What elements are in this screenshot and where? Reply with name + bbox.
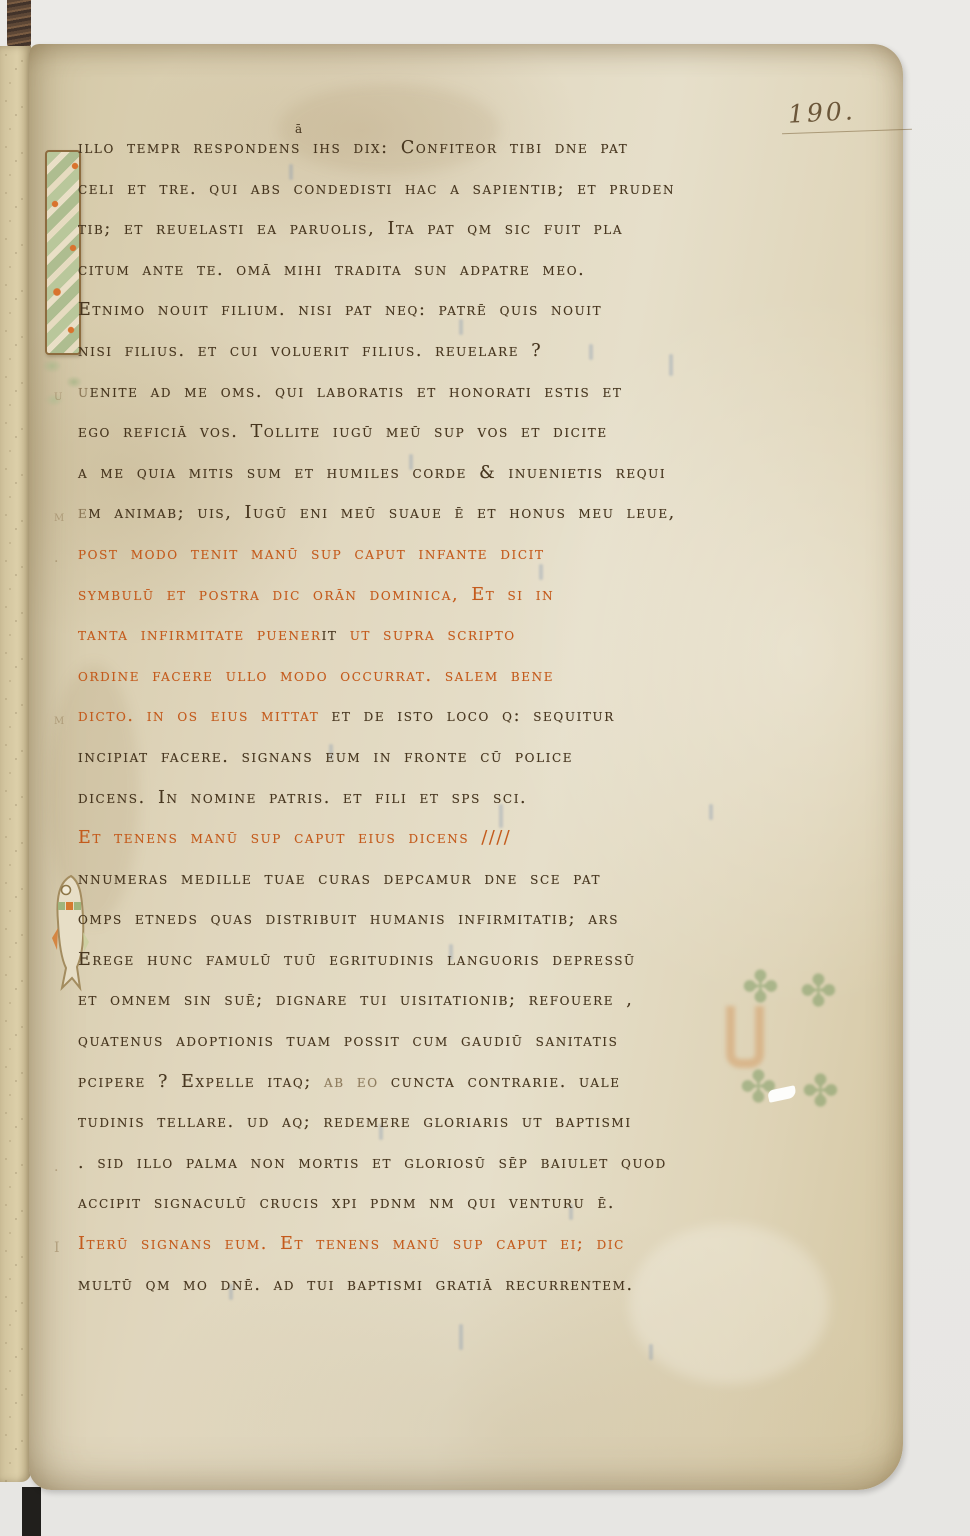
manuscript-line: a me quia mitis sum et humiles corde & i… <box>78 463 758 504</box>
text-segment: et de isto loco q: sequitur <box>332 706 615 726</box>
manuscript-line: accipit signaculū crucis xpi pdnm nm qui… <box>78 1193 758 1234</box>
show-through-mark <box>459 1324 463 1350</box>
manuscript-line: uenite ad me oms. qui laboratis et honor… <box>78 382 758 423</box>
text-segment: illo tempr respondens ihs dix: Confiteor… <box>78 138 628 158</box>
text-segment: cuncta contrarie. uale <box>379 1072 621 1092</box>
manuscript-line: em animab; uis, Iugū eni meū suaue ē et … <box>78 503 758 544</box>
manuscript-line: Erege hunc famulū tuū egritudinis languo… <box>78 950 758 991</box>
text-segment: Etnimo nouit filium. nisi pat neq: patrē… <box>78 300 602 320</box>
text-segment: multū qm mo dnē. ad tui baptismi gratiā … <box>78 1275 634 1295</box>
text-segment: . sid illo palma non mortis et gloriosū … <box>78 1153 667 1173</box>
text-segment: ordine facere ullo modo occurrat. salem … <box>78 666 554 686</box>
text-segment: m animab; uis, Iugū eni meū suaue ē et h… <box>88 503 675 523</box>
text-segment: tib; et reuelasti ea paruolis, Ita pat q… <box>78 219 623 239</box>
manuscript-line: post modo tenit manū sup caput infante d… <box>78 544 758 585</box>
text-segment: Erege hunc famulū tuū egritudinis languo… <box>78 950 636 970</box>
manuscript-line: . sid illo palma non mortis et gloriosū … <box>78 1153 758 1194</box>
text-segment: Iterū signans eum. Et tenens manū sup ca… <box>78 1234 625 1254</box>
manuscript-line: Etnimo nouit filium. nisi pat neq: patrē… <box>78 300 758 341</box>
manuscript-line: symbulū et postra dic orān dominica, Et … <box>78 585 758 626</box>
text-segment: a me quia mitis sum et humiles corde & i… <box>78 463 666 483</box>
margin-mark: . <box>54 550 58 566</box>
manuscript-line: tudinis tellare. ud aq; redemere gloriar… <box>78 1112 758 1153</box>
text-segment: u <box>78 382 90 402</box>
book-clasp <box>22 1487 41 1536</box>
text-segment: dicens. In nomine patris. et fili et sps… <box>78 788 527 808</box>
text-segment: dicto. in os eius mittat <box>78 706 332 726</box>
folio-number: 190. <box>787 96 856 129</box>
text-segment: nnumeras medille tuae curas depcamur dne… <box>78 869 601 889</box>
text-segment: tudinis tellare. ud aq; redemere gloriar… <box>78 1112 632 1132</box>
manuscript-line: tanta infirmitate puenerit ut supra scri… <box>78 625 758 666</box>
text-segment: post modo tenit manū sup caput infante d… <box>78 544 545 564</box>
manuscript-line: pcipere ? Expelle itaq; ab eo cuncta con… <box>78 1072 758 1113</box>
manuscript-line: ordine facere ullo modo occurrat. salem … <box>78 666 758 707</box>
abbreviation-mark: ā <box>295 122 303 136</box>
manuscript-line: illo tempr respondens ihs dix: Confiteor… <box>78 138 758 179</box>
manuscript-line: nnumeras medille tuae curas depcamur dne… <box>78 869 758 910</box>
text-segment: accipit signaculū crucis xpi pdnm nm qui… <box>78 1193 615 1213</box>
margin-mark: I <box>54 1240 60 1256</box>
manuscript-line: multū qm mo dnē. ad tui baptismi gratiā … <box>78 1275 758 1316</box>
text-segment: pcipere ? Expelle itaq; <box>78 1072 324 1092</box>
manuscript-line: incipiat facere. signans eum in fronte c… <box>78 747 758 788</box>
text-segment: incipiat facere. signans eum in fronte c… <box>78 747 573 767</box>
decorated-initial-i <box>45 150 81 355</box>
manuscript-line: nisi filius. et cui voluerit filius. reu… <box>78 341 758 382</box>
text-segment: et omnem sin suē; dignare tui uisitation… <box>78 990 633 1010</box>
text-segment: quatenus adoptionis tuam possit cum gaud… <box>78 1031 618 1051</box>
text-segment: omps etneds quas distribuit humanis infi… <box>78 909 619 929</box>
text-segment: citum ante te. omā mihi tradita sun adpa… <box>78 260 585 280</box>
text-segment: tanta infirmitate puener <box>78 625 322 645</box>
manuscript-line: et omnem sin suē; dignare tui uisitation… <box>78 990 758 1031</box>
text-segment: ego reficiā vos. Tollite iugū meū sup vo… <box>78 422 608 442</box>
offset-cross-icon: ✤ <box>802 1066 839 1117</box>
manuscript-line: omps etneds quas distribuit humanis infi… <box>78 909 758 950</box>
manuscript-line: citum ante te. omā mihi tradita sun adpa… <box>78 260 758 301</box>
text-segment: celi et tre. qui abs condedisti hac a sa… <box>78 179 675 199</box>
text-segment: symbulū et postra dic orān dominica, Et … <box>78 585 554 605</box>
manuscript-line: celi et tre. qui abs condedisti hac a sa… <box>78 179 758 220</box>
text-segment: ab eo <box>324 1072 379 1092</box>
offset-cross-icon: ✤ <box>800 966 837 1017</box>
manuscript-line: ego reficiā vos. Tollite iugū meū sup vo… <box>78 422 758 463</box>
book-fore-edge <box>0 46 31 1482</box>
text-segment: Et tenens manū sup caput eius dicens ///… <box>78 828 511 848</box>
margin-mark: m <box>54 509 64 525</box>
manuscript-line: dicto. in os eius mittat et de isto loco… <box>78 706 758 747</box>
text-block: illo tempr respondens ihs dix: Confiteor… <box>78 138 758 1315</box>
text-segment: e <box>78 503 88 523</box>
text-segment: nisi filius. et cui voluerit filius. reu… <box>78 341 542 361</box>
manuscript-line: dicens. In nomine patris. et fili et sps… <box>78 788 758 829</box>
margin-mark: . <box>54 1159 58 1175</box>
margin-mark: m <box>54 712 64 728</box>
text-segment: enite ad me oms. qui laboratis et honora… <box>90 382 623 402</box>
manuscript-line: Iterū signans eum. Et tenens manū sup ca… <box>78 1234 758 1275</box>
text-segment: it <box>322 625 338 645</box>
book-spine-stub <box>7 0 31 47</box>
show-through-mark <box>649 1344 653 1360</box>
margin-mark: u <box>54 388 62 404</box>
manuscript-line: Et tenens manū sup caput eius dicens ///… <box>78 828 758 869</box>
manuscript-line: quatenus adoptionis tuam possit cum gaud… <box>78 1031 758 1072</box>
manuscript-photo: 190. ā ✤ ✤ ✤ ✤ illo tempr respondens ih… <box>0 0 970 1536</box>
text-segment: ut supra scripto <box>338 625 516 645</box>
manuscript-line: tib; et reuelasti ea paruolis, Ita pat q… <box>78 219 758 260</box>
